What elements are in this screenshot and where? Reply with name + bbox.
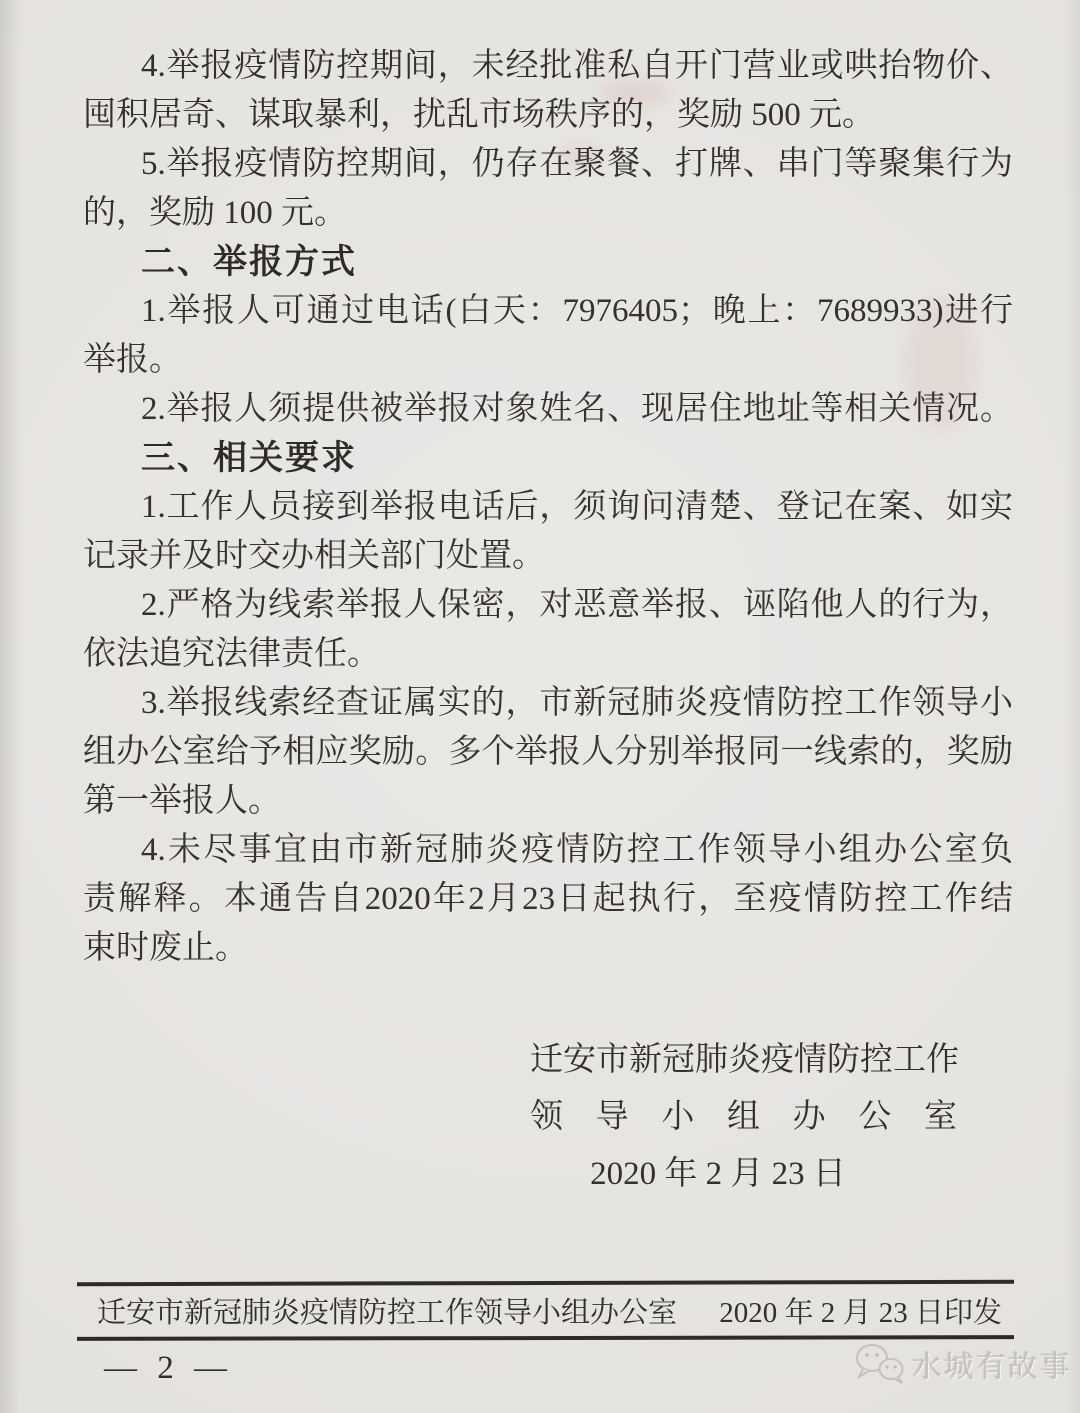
footer: 迁安市新冠肺炎疫情防控工作领导小组办公室 2020 年 2 月 23 日印发: [77, 1287, 1014, 1334]
section-heading-requirements: 三、相关要求: [83, 434, 1013, 483]
body-line: 3.举报线索经查证属实的，市新冠肺炎疫情防控工作领导小: [83, 679, 1013, 728]
footer-print-date: 2020 年 2 月 23 日印发: [719, 1290, 1014, 1331]
body-line: 1.举报人可通过电话(白天：7976405；晚上：7689933)进行: [83, 287, 1013, 336]
body-line: 2.严格为线索举报人保密，对恶意举报、诬陷他人的行为，: [83, 581, 1013, 630]
body-line: 4.未尽事宜由市新冠肺炎疫情防控工作领导小组办公室负: [83, 826, 1013, 875]
body-line: 依法追究法律责任。: [83, 630, 1013, 679]
body-line: 组办公室给予相应奖励。多个举报人分别举报同一线索的，奖励: [83, 728, 1013, 777]
body-line: 1.工作人员接到举报电话后，须询问清楚、登记在案、如实: [83, 483, 1013, 532]
body-line: 责解释。本通告自2020年2月23日起执行，至疫情防控工作结: [83, 875, 1013, 924]
body-line: 举报。: [83, 336, 1013, 385]
signature-org-line2: 领导小组办公室: [530, 1089, 958, 1146]
body-line: 的，奖励 100 元。: [83, 189, 1013, 238]
watermark: 水城有故事: [854, 1342, 1072, 1386]
scanned-document-page: 4.举报疫情防控期间，未经批准私自开门营业或哄抬物价、 囤积居奇、谋取暴利，扰乱…: [0, 0, 1080, 1413]
wechat-icon: [854, 1342, 906, 1386]
signature-date: 2020 年 2 月 23 日: [504, 1146, 932, 1203]
footer-rule-bottom: [77, 1335, 1014, 1341]
page-number: — 2 —: [104, 1350, 233, 1387]
body-line: 第一举报人。: [83, 777, 1013, 826]
section-heading-report-method: 二、举报方式: [83, 238, 1013, 287]
watermark-text: 水城有故事: [912, 1342, 1072, 1386]
body-line: 囤积居奇、谋取暴利，扰乱市场秩序的，奖励 500 元。: [83, 91, 1013, 140]
footer-issuer: 迁安市新冠肺炎疫情防控工作领导小组办公室: [77, 1290, 677, 1331]
signature-block: 迁安市新冠肺炎疫情防控工作 领导小组办公室 2020 年 2 月 23 日: [530, 1032, 958, 1203]
body-line: 4.举报疫情防控期间，未经批准私自开门营业或哄抬物价、: [83, 42, 1013, 91]
body-line: 束时废止。: [83, 924, 1013, 973]
signature-org-line1: 迁安市新冠肺炎疫情防控工作: [530, 1032, 958, 1089]
footer-rule-top: [77, 1280, 1014, 1286]
document-body: 4.举报疫情防控期间，未经批准私自开门营业或哄抬物价、 囤积居奇、谋取暴利，扰乱…: [83, 42, 1013, 973]
body-line: 5.举报疫情防控期间，仍存在聚餐、打牌、串门等聚集行为: [83, 140, 1013, 189]
body-line: 2.举报人须提供被举报对象姓名、现居住地址等相关情况。: [83, 385, 1013, 434]
body-line: 记录并及时交办相关部门处置。: [83, 532, 1013, 581]
